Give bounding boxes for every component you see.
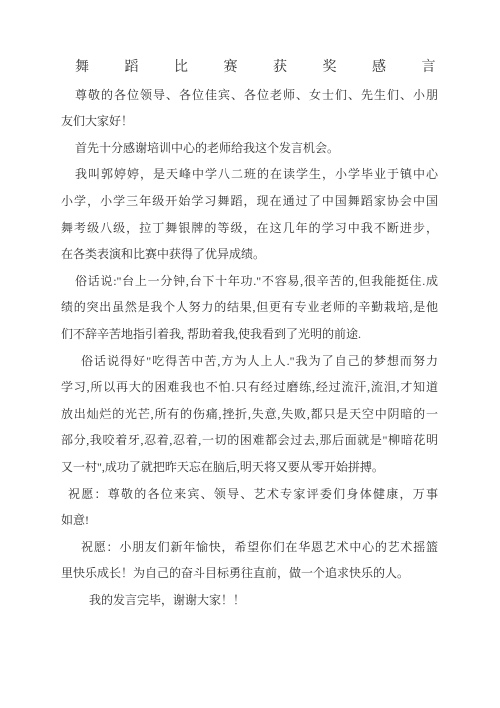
paragraph-saying-two: 俗话说得好"吃得苦中苦,方为人上人."我为了自己的梦想而努力学习,所以再大的困难… (61, 348, 438, 481)
text-line: 尊敬的各位领导、各位佳宾、各位老师、女士们、先生们、小朋 (61, 82, 438, 109)
text-line: 放出灿烂的光芒,所有的伤痛,挫折,失意,失败,都只是天空中阴暗的一 (61, 401, 438, 428)
text-line: 又一村",成功了就把昨天忘在脑后,明天将又要从零开始拼搏。 (61, 454, 438, 481)
text-line: 俗话说得好"吃得苦中苦,方为人上人."我为了自己的梦想而努力 (61, 348, 438, 375)
paragraph-wish-children: 祝愿：小朋友们新年愉快，希望你们在华恩艺术中心的艺术摇篮里快乐成长！为自己的奋斗… (61, 534, 438, 587)
text-line: 们不辞辛苦地指引着我, 帮助着我,使我看到了光明的前途. (61, 321, 438, 348)
document-body: 舞蹈比赛获奖感言 尊敬的各位领导、各位佳宾、各位老师、女士们、先生们、小朋友们大… (61, 55, 438, 613)
text-line: 舞考级八级，拉丁舞银牌的等级，在这几年的学习中我不断进步， (61, 215, 438, 242)
paragraph-closing: 我的发言完毕，谢谢大家！！ (61, 587, 438, 614)
text-line: 部分,我咬着牙,忍着,忍着,一切的困难都会过去,那后面就是"柳暗花明 (61, 427, 438, 454)
text-line: 俗话说:"台上一分钟,台下十年功."不容易,很辛苦的,但我能挺住.成 (61, 268, 438, 295)
paragraph-wish-guests: 祝愿：尊敬的各位来宾、领导、艺术专家评委们身体健康，万事如意! (61, 481, 438, 534)
text-line: 我的发言完毕，谢谢大家！！ (61, 587, 438, 614)
text-line: 祝愿：小朋友们新年愉快，希望你们在华恩艺术中心的艺术摇篮 (61, 534, 438, 561)
document-page: 舞蹈比赛获奖感言 尊敬的各位领导、各位佳宾、各位老师、女士们、先生们、小朋友们大… (0, 0, 500, 708)
text-line: 首先十分感谢培训中心的老师给我这个发言机会。 (61, 135, 438, 162)
paragraph-list: 尊敬的各位领导、各位佳宾、各位老师、女士们、先生们、小朋友们大家好！首先十分感谢… (61, 82, 438, 614)
text-line: 我叫郭婷婷，是天峰中学八二班的在读学生，小学毕业于镇中心 (61, 161, 438, 188)
paragraph-greeting: 尊敬的各位领导、各位佳宾、各位老师、女士们、先生们、小朋友们大家好！ (61, 82, 438, 135)
text-line: 友们大家好！ (61, 108, 438, 135)
text-line: 绩的突出虽然是我个人努力的结果,但更有专业老师的辛勤栽培,是他 (61, 294, 438, 321)
paragraph-self-introduction: 我叫郭婷婷，是天峰中学八二班的在读学生，小学毕业于镇中心小学，小学三年级开始学习… (61, 161, 438, 267)
paragraph-thanks: 首先十分感谢培训中心的老师给我这个发言机会。 (61, 135, 438, 162)
paragraph-saying-one: 俗话说:"台上一分钟,台下十年功."不容易,很辛苦的,但我能挺住.成绩的突出虽然… (61, 268, 438, 348)
text-line: 里快乐成长！为自己的奋斗目标勇往直前，做一个追求快乐的人。 (61, 560, 438, 587)
document-title: 舞蹈比赛获奖感言 (75, 55, 438, 82)
text-line: 小学，小学三年级开始学习舞蹈，现在通过了中国舞蹈家协会中国 (61, 188, 438, 215)
text-line: 在各类表演和比赛中获得了优异成绩。 (61, 241, 438, 268)
text-line: 如意! (61, 507, 438, 534)
text-line: 祝愿：尊敬的各位来宾、领导、艺术专家评委们身体健康，万事 (61, 481, 438, 508)
text-line: 学习,所以再大的困难我也不怕.只有经过磨练,经过流汗,流泪,才知道 (61, 374, 438, 401)
